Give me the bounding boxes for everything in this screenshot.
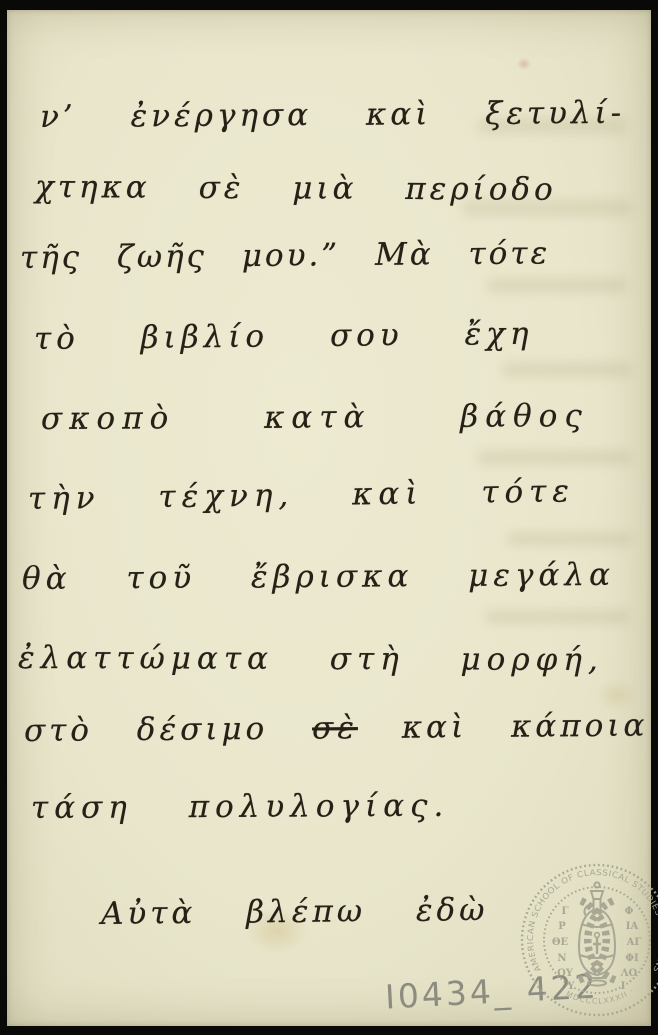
svg-text:Γ: Γ [561,906,568,917]
paper-stain [517,58,531,70]
crossed-out-word: σὲ [312,710,358,746]
handwriting-segment: καὶ κάποια [358,708,649,747]
scanned-page: ν’ ἐνέργησα καὶ ξετυλί- χτηκα σὲ μιὰ περ… [0,0,658,1035]
handwriting-line-3: τῆς ζωῆς μου.” Μὰ τότε [20,238,550,274]
svg-text:ΘΕ: ΘΕ [552,937,569,948]
bleed-through-mark [487,278,627,293]
bleed-through-mark [502,362,632,377]
svg-text:ΑΓ: ΑΓ [626,937,642,948]
bleed-through-mark [477,450,632,465]
handwriting-line-10: τάση πολυλογίας. [31,791,450,824]
svg-text:ΟΥ: ΟΥ [557,968,574,979]
handwriting-line-8: ἐλαττώματα στὴ μορφή, [18,643,604,676]
handwriting-line-4: τὸ βιβλίο σου ἔχη [34,319,534,355]
svg-text:Ν: Ν [557,953,566,964]
handwriting-line-5: σκοπὸ κατὰ βάθος [41,401,589,435]
svg-text:Ρ: Ρ [558,921,566,932]
handwriting-line-9: στὸ δέσιμο σὲ καὶ κάποια [24,711,649,747]
svg-text:ΦΙ: ΦΙ [625,953,639,964]
bleed-through-mark [485,610,630,624]
handwriting-closing-line: Αὐτὰ βλέπω ἐδὼ [101,895,489,930]
svg-text:ΛΟ: ΛΟ [620,968,638,979]
handwriting-line-6: τὴν τέχνη, καὶ τότε [28,476,575,515]
bleed-through-mark [507,532,632,546]
handwriting-segment: στὸ δέσιμο [24,710,312,749]
handwriting-line-1: ν’ ἐνέργησα καὶ ξετυλί- [40,98,625,133]
handwriting-line-7: θὰ τοῦ ἔβρισκα μεγάλα [22,560,615,595]
letter-paper: ν’ ἐνέργησα καὶ ξετυλί- χτηκα σὲ μιὰ περ… [7,10,651,1026]
ascsa-seal: Γ Ρ ΘΕ Ν ΟΥ Υ Φ ΙΑ ΑΓ ΦΙ ΛΟ Ι AMERICAN S… [512,856,658,1028]
handwriting-line-2: χτηκα σὲ μιὰ περίοδο [35,172,557,206]
svg-text:Φ: Φ [625,906,634,917]
svg-text:ΙΑ: ΙΑ [626,921,639,932]
